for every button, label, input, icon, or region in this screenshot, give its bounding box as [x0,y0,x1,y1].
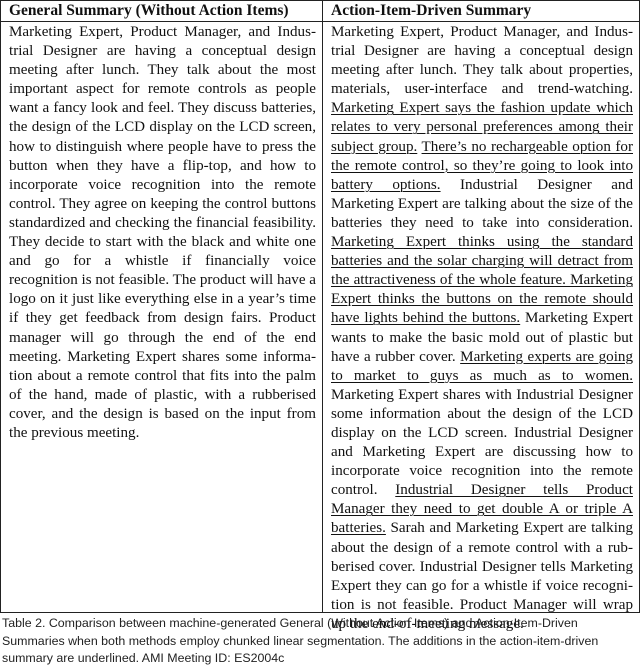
comparison-table: General Summary (Without Action Items) A… [0,0,640,613]
general-summary-text: Marketing Expert, Product Manager, and I… [0,22,323,612]
header-action-item-summary: Action-Item-Driven Summary [323,1,640,21]
summary-segment: Marketing Expert, Product Manager, and I… [331,24,633,97]
action-item-summary-text: Marketing Expert, Product Manager, and I… [323,22,640,612]
table-caption: Table 2. Comparison between machine-gene… [2,615,638,668]
table-body-row: Marketing Expert, Product Manager, and I… [0,22,640,612]
table-header-row: General Summary (Without Action Items) A… [0,1,640,22]
header-general-summary: General Summary (Without Action Items) [0,1,323,21]
